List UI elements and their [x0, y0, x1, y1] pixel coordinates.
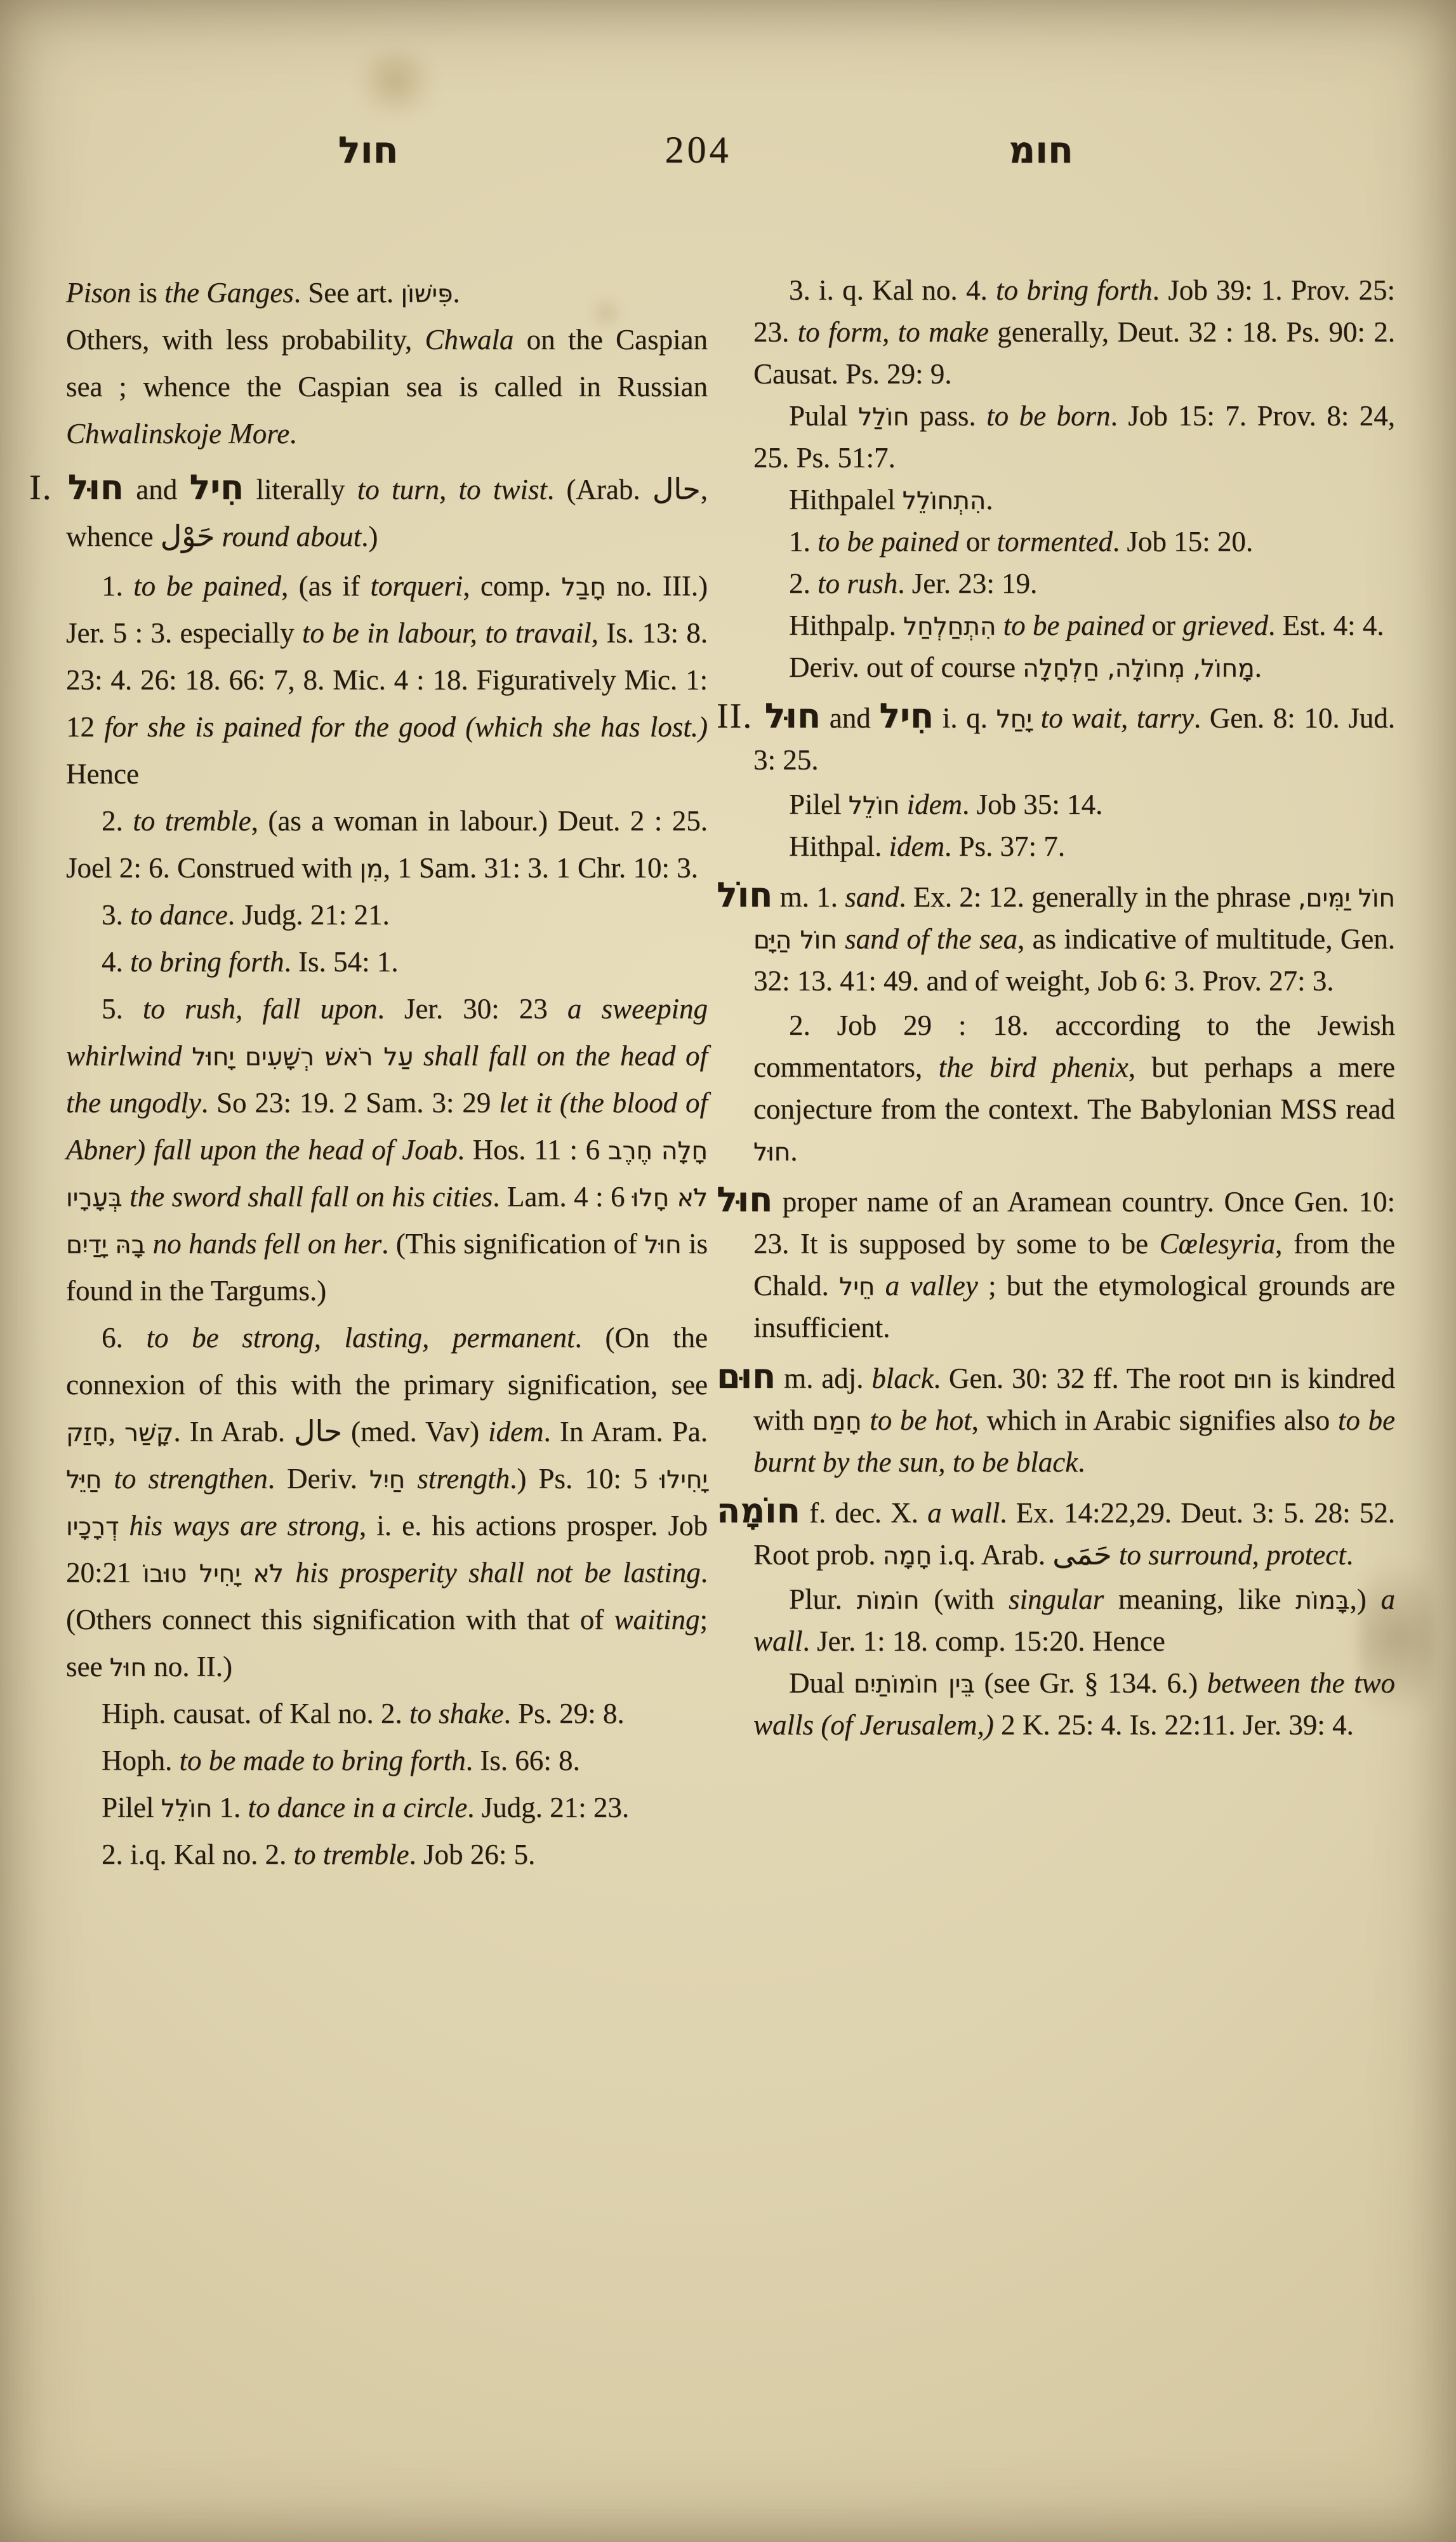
text-run: is [131, 277, 165, 309]
italic-gloss: torqueri [370, 570, 463, 602]
hithpal-idem-note: Hithpal. idem. Ps. 37: 7. [753, 825, 1395, 867]
text-run: meaning, like [1104, 1583, 1295, 1615]
text-run: . Is. 66: 8. [466, 1745, 580, 1776]
italic-gloss: to be in labour, to travail [302, 617, 592, 649]
hebrew-text: מָחוֹל, מְחוֹלָה, חַלְחָלָה [1023, 655, 1254, 683]
text-run: 2 K. 25: 4. Is. 22:11. Jer. 39: 4. [994, 1709, 1354, 1741]
arabic-text: حَمَى [1052, 1537, 1111, 1571]
text-run: . (Arab. [547, 474, 652, 505]
text-run: Hoph. [102, 1745, 180, 1776]
text-run: , comp. [463, 570, 561, 602]
text-run: . In Aram. Pa. [544, 1416, 708, 1447]
hebrew-text: חוֹלֵל [161, 1795, 212, 1823]
hithpalel-note: Hithpalel הִתְחוֹלֵל. [753, 479, 1395, 521]
text-run: ,) [1349, 1583, 1380, 1615]
text-run: Pilel [789, 789, 849, 820]
paper-stain [348, 50, 443, 113]
text-run: 1. [212, 1792, 248, 1823]
text-run: Pulal [789, 400, 858, 432]
text-run: 5. [102, 993, 143, 1025]
text-run: pass. [909, 400, 986, 432]
text-run: . [289, 418, 296, 449]
text-run [1112, 1539, 1119, 1571]
text-run: . Judg. 21: 23. [467, 1792, 629, 1823]
italic-gloss: idem [488, 1416, 543, 1447]
para-chwala: Others, with less probability, Chwala on… [66, 316, 708, 457]
hithpalel-sense-1: 1. to be pained or tormented. Job 15: 20… [753, 521, 1395, 562]
text-run: 3. [102, 899, 130, 931]
italic-gloss: waiting [614, 1604, 699, 1635]
text-run: Deriv. out of course [789, 651, 1023, 683]
text-run: . Jer. 30: 23 [377, 993, 567, 1025]
sense-2-to-tremble: 2. to tremble, (as a woman in labour.) D… [66, 797, 708, 891]
text-run: . Lam. 4 : 6 [493, 1181, 632, 1213]
italic-gloss: to be strong, lasting, permanent [146, 1322, 574, 1354]
hebrew-text: חוּל [644, 1231, 681, 1260]
text-run: Hithpalp. [789, 609, 903, 641]
text-run: 2. [789, 568, 817, 599]
sense-5-to-rush: 5. to rush, fall upon. Jer. 30: 23 a swe… [66, 985, 708, 1314]
entry-numeral: I. [29, 468, 68, 507]
italic-gloss: sand of the sea [845, 923, 1017, 955]
text-run: Hithpalel [789, 484, 903, 516]
hebrew-text: קָשַׁר [124, 1419, 173, 1447]
text-run: , [109, 1416, 124, 1447]
text-run: or [1144, 609, 1182, 641]
italic-gloss: to dance [130, 899, 228, 931]
text-run: i.q. Arab. [932, 1539, 1052, 1571]
text-run [405, 1463, 417, 1494]
text-run: Hence [66, 758, 139, 790]
italic-gloss: to surround, protect [1119, 1539, 1346, 1571]
text-run: 6. [102, 1322, 146, 1354]
text-run: (with [919, 1583, 1009, 1615]
text-run: Others, with less probability, [66, 324, 425, 356]
hebrew-text: חַיֵּל [66, 1466, 102, 1494]
italic-gloss: the bird phenix [939, 1051, 1128, 1083]
text-run [1032, 702, 1041, 734]
hebrew-text: חוֹלֵל [849, 792, 899, 820]
text-run: , (as if [281, 570, 370, 602]
arabic-text: حال [294, 1414, 342, 1448]
text-run [182, 1040, 192, 1072]
entry-chol-sand: חוֹל m. 1. sand. Ex. 2: 12. generally in… [753, 876, 1395, 1002]
hebrew-text: חוֹמוֹת [857, 1587, 920, 1615]
hebrew-text: חֵיל [839, 1273, 875, 1301]
text-run: literally [244, 474, 357, 505]
hiphil-note: Hiph. causat. of Kal no. 2. to shake. Ps… [66, 1690, 708, 1737]
italic-gloss: for she is pained for the good (which sh… [104, 711, 708, 743]
text-run: . Jer. 23: 19. [897, 568, 1037, 599]
hebrew-text: חָבַל [562, 573, 606, 602]
italic-gloss: the Ganges [164, 277, 294, 309]
italic-gloss: to tremble [133, 805, 251, 837]
text-run: .) Ps. 10: 5 [510, 1463, 659, 1494]
text-run [215, 521, 222, 552]
text-run: or [958, 526, 996, 557]
italic-gloss: tormented [996, 526, 1112, 557]
text-run: . Hos. 11 : 6 [458, 1134, 608, 1166]
italic-gloss: to dance in a circle [248, 1792, 467, 1823]
arabic-text: حَوْل [161, 519, 215, 553]
text-run: . [986, 484, 993, 516]
sense-4-to-bring-forth: 4. to bring forth. Is. 54: 1. [66, 938, 708, 985]
text-run: . [1078, 1446, 1085, 1478]
italic-gloss: to bring forth [996, 274, 1153, 306]
hebrew-headword: חוּל [717, 1180, 772, 1220]
hebrew-headword: חִיל [190, 467, 244, 507]
entry-chum-black: חוּם m. adj. black. Gen. 30: 32 ff. The … [753, 1357, 1395, 1483]
hebrew-text: מִן [359, 855, 383, 884]
text-run: no. II.) [147, 1651, 232, 1682]
italic-gloss: black [871, 1362, 933, 1394]
continuation-pison: Pison is the Ganges. See art. פִּישׁוֹן. [66, 269, 708, 316]
text-run: . Deriv. [268, 1463, 369, 1494]
italic-gloss: to rush, fall upon [143, 993, 378, 1025]
entry-I-chul: I. חוּל and חִיל literally to turn, to t… [66, 466, 708, 560]
italic-gloss: no hands fell on her [153, 1228, 382, 1260]
italic-gloss: idem [889, 830, 944, 862]
hebrew-text: הִתְחַלְחַל [903, 613, 996, 641]
text-run: . Ps. 37: 7. [944, 830, 1065, 862]
header-left-catchword: חול [338, 118, 399, 182]
text-run: i. q. [934, 702, 996, 734]
running-header: חול 204 חומ [0, 118, 1456, 188]
hebrew-headword: חוֹל [717, 875, 772, 915]
text-run [899, 789, 906, 820]
text-run: and [821, 702, 879, 734]
text-run [122, 1181, 129, 1213]
italic-gloss: Pison [66, 277, 131, 309]
entry-chul-proper-name: חוּל proper name of an Aramean country. … [753, 1181, 1395, 1348]
italic-gloss: to tremble [293, 1839, 409, 1870]
hithpalel-sense-2: 2. to rush. Jer. 23: 19. [753, 562, 1395, 604]
text-run [862, 1404, 870, 1436]
italic-gloss: to be pained [1003, 609, 1144, 641]
italic-gloss: a valley [885, 1270, 978, 1301]
hebrew-text: הִתְחוֹלֵל [903, 487, 986, 516]
italic-gloss: Cœlesyria [1160, 1228, 1276, 1260]
hophal-note: Hoph. to be made to bring forth. Is. 66:… [66, 1737, 708, 1784]
text-run: . Job 15: 20. [1113, 526, 1253, 557]
hebrew-text: לֹא יָחִיל טוּבוֹ [143, 1560, 284, 1588]
arabic-text: حال [652, 472, 701, 506]
text-run [284, 1557, 296, 1588]
entry-II-chul: II. חוּל and חִיל i. q. יָחַל to wait, t… [753, 697, 1395, 781]
lexicon-page-scan: חול 204 חומ Pison is the Ganges. See art… [0, 0, 1456, 2542]
text-run [837, 923, 845, 955]
hebrew-text: חוּל [110, 1654, 147, 1682]
text-run [102, 1463, 114, 1494]
text-run: 2. i.q. Kal no. 2. [102, 1839, 293, 1870]
chol-sense-2-phenix: 2. Job 29 : 18. acccording to the Jewish… [753, 1004, 1395, 1172]
text-run: 1. [102, 570, 133, 602]
italic-gloss: to wait, tarry [1041, 702, 1194, 734]
hebrew-text: בֵּין חוֹמוֹתַיִם [854, 1670, 975, 1699]
hebrew-text: יָחַל [996, 705, 1032, 734]
hebrew-text: חָמָה [883, 1542, 932, 1571]
pilel-note: Pilel חוֹלֵל 1. to dance in a circle. Ju… [66, 1784, 708, 1831]
hebrew-headword: חוּם [717, 1356, 776, 1396]
text-run: (see Gr. § 134. 6.) [975, 1667, 1207, 1699]
italic-gloss: to be pained [817, 526, 958, 557]
text-run: f. dec. X. [800, 1497, 927, 1529]
hebrew-text: חַיִל [369, 1466, 405, 1494]
hebrew-text: עַל רֹאשׁ רְשָׁעִים יָחוּל [192, 1043, 413, 1072]
text-run: . Job 35: 14. [962, 789, 1102, 820]
hebrew-text: חוֹלַל [858, 403, 909, 432]
right-column: 3. i. q. Kal no. 4. to bring forth. Job … [753, 269, 1395, 1878]
italic-gloss: to be hot [870, 1404, 971, 1436]
italic-gloss: to be born [986, 400, 1110, 432]
italic-gloss: to be made to bring forth [180, 1745, 466, 1776]
dual-note: Dual בֵּין חוֹמוֹתַיִם (see Gr. § 134. 6… [753, 1662, 1395, 1746]
sense-3-bring-forth-cont: 3. i. q. Kal no. 4. to bring forth. Job … [753, 269, 1395, 395]
pilel-idem-note: Pilel חוֹלֵל idem. Job 35: 14. [753, 783, 1395, 825]
italic-gloss: to be pained [133, 570, 281, 602]
text-run: 1. [789, 526, 817, 557]
text-run: . [1255, 651, 1262, 683]
hebrew-text: חוּל [753, 1138, 790, 1167]
header-right-catchword: חומ [1009, 118, 1073, 182]
text-run: (med. Vav) [342, 1416, 488, 1447]
italic-gloss: Chwala [425, 324, 513, 356]
text-run [119, 1510, 129, 1541]
italic-gloss: to turn, to twist [357, 474, 547, 505]
header-page-number: 204 [665, 118, 732, 182]
hithpalpel-note: Hithpalp. הִתְחַלְחַל to be pained or gr… [753, 604, 1395, 646]
italic-gloss: his prosperity shall not be lasting [295, 1557, 700, 1588]
text-run: Hithpal. [789, 830, 889, 862]
text-run: , which in Arabic signifies also [972, 1404, 1338, 1436]
text-run: m. adj. [776, 1362, 871, 1394]
text-run: . [790, 1135, 797, 1167]
text-run: Dual [789, 1667, 854, 1699]
text-run: 2. [102, 805, 133, 837]
text-run [413, 1040, 423, 1072]
text-run: Pilel [102, 1792, 161, 1823]
italic-gloss: Chwalinskoje More [66, 418, 289, 449]
sense-1-to-be-pained: 1. to be pained, (as if torqueri, comp. … [66, 562, 708, 797]
text-run: .) [361, 521, 378, 552]
pulal-note: Pulal חוֹלַל pass. to be born. Job 15: 7… [753, 395, 1395, 479]
text-run: . In Arab. [173, 1416, 294, 1447]
text-run: . Is. 54: 1. [284, 946, 399, 978]
italic-gloss: round about [222, 521, 362, 552]
italic-gloss: to form, to make [798, 316, 989, 348]
text-run: Plur. [789, 1583, 857, 1615]
hebrew-headword: חִיל [879, 696, 934, 736]
text-run: Hiph. causat. of Kal no. 2. [102, 1698, 409, 1729]
entry-numeral: II. [717, 696, 765, 736]
text-run: 3. i. q. Kal no. 4. [789, 274, 996, 306]
text-columns: Pison is the Ganges. See art. פִּישׁוֹן.… [66, 269, 1395, 1878]
text-run [145, 1228, 152, 1260]
hebrew-text: חָזַק [66, 1419, 109, 1447]
text-run: . [1346, 1539, 1353, 1571]
italic-gloss: to bring forth [130, 946, 284, 978]
italic-gloss: to rush [817, 568, 897, 599]
derivatives-note: Deriv. out of course מָחוֹל, מְחוֹלָה, ח… [753, 646, 1395, 688]
hebrew-headword: חוּל [68, 467, 124, 507]
text-run: . (This signification of [381, 1228, 644, 1260]
text-run: , 1 Sam. 31: 3. 1 Chr. 10: 3. [383, 852, 698, 884]
italic-gloss: singular [1009, 1583, 1104, 1615]
italic-gloss: idem [906, 789, 962, 820]
text-run: . See art. [294, 277, 401, 309]
italic-gloss: his ways are strong [129, 1510, 359, 1541]
italic-gloss: sand [845, 881, 899, 913]
italic-gloss: strength [417, 1463, 510, 1494]
italic-gloss: grieved [1182, 609, 1268, 641]
pilel-sense-2: 2. i.q. Kal no. 2. to tremble. Job 26: 5… [66, 1831, 708, 1878]
italic-gloss: the sword shall fall on his cities [129, 1181, 493, 1213]
hebrew-text: חָמַם [812, 1407, 862, 1436]
hebrew-text: פִּישׁוֹן [400, 280, 453, 309]
sense-6-to-be-strong: 6. to be strong, lasting, permanent. (On… [66, 1314, 708, 1690]
text-run [875, 1270, 885, 1301]
sense-3-to-dance: 3. to dance. Judg. 21: 21. [66, 891, 708, 938]
text-run: . Judg. 21: 21. [228, 899, 390, 931]
text-run [996, 609, 1003, 641]
hebrew-headword: חוּל [765, 696, 821, 736]
plural-note: Plur. חוֹמוֹת (with singular meaning, li… [753, 1578, 1395, 1662]
entry-chomah-wall: חוֹמָה f. dec. X. a wall. Ex. 14:22,29. … [753, 1492, 1395, 1576]
text-run: . So 23: 19. 2 Sam. 3: 29 [201, 1087, 499, 1119]
text-run: m. 1. [772, 881, 845, 913]
text-run: . Ex. 2: 12. generally in the phrase [899, 881, 1298, 913]
text-run: . Jer. 1: 18. comp. 15:20. Hence [803, 1625, 1165, 1657]
text-run: . Job 26: 5. [409, 1839, 536, 1870]
text-run: and [124, 474, 190, 505]
left-column: Pison is the Ganges. See art. פִּישׁוֹן.… [66, 269, 708, 1878]
text-run: 4. [102, 946, 130, 978]
italic-gloss: a wall [927, 1497, 1000, 1529]
text-run: . [453, 277, 460, 309]
hebrew-headword: חוֹמָה [717, 1491, 800, 1531]
italic-gloss: to strengthen [114, 1463, 267, 1494]
text-run: . Gen. 30: 32 ff. The root [934, 1362, 1233, 1394]
hebrew-text: חוּם [1233, 1366, 1273, 1394]
italic-gloss: to shake [409, 1698, 504, 1729]
text-run: . Est. 4: 4. [1268, 609, 1384, 641]
text-run: . Ps. 29: 8. [504, 1698, 625, 1729]
hebrew-text: בָּמוֹת [1295, 1587, 1349, 1615]
